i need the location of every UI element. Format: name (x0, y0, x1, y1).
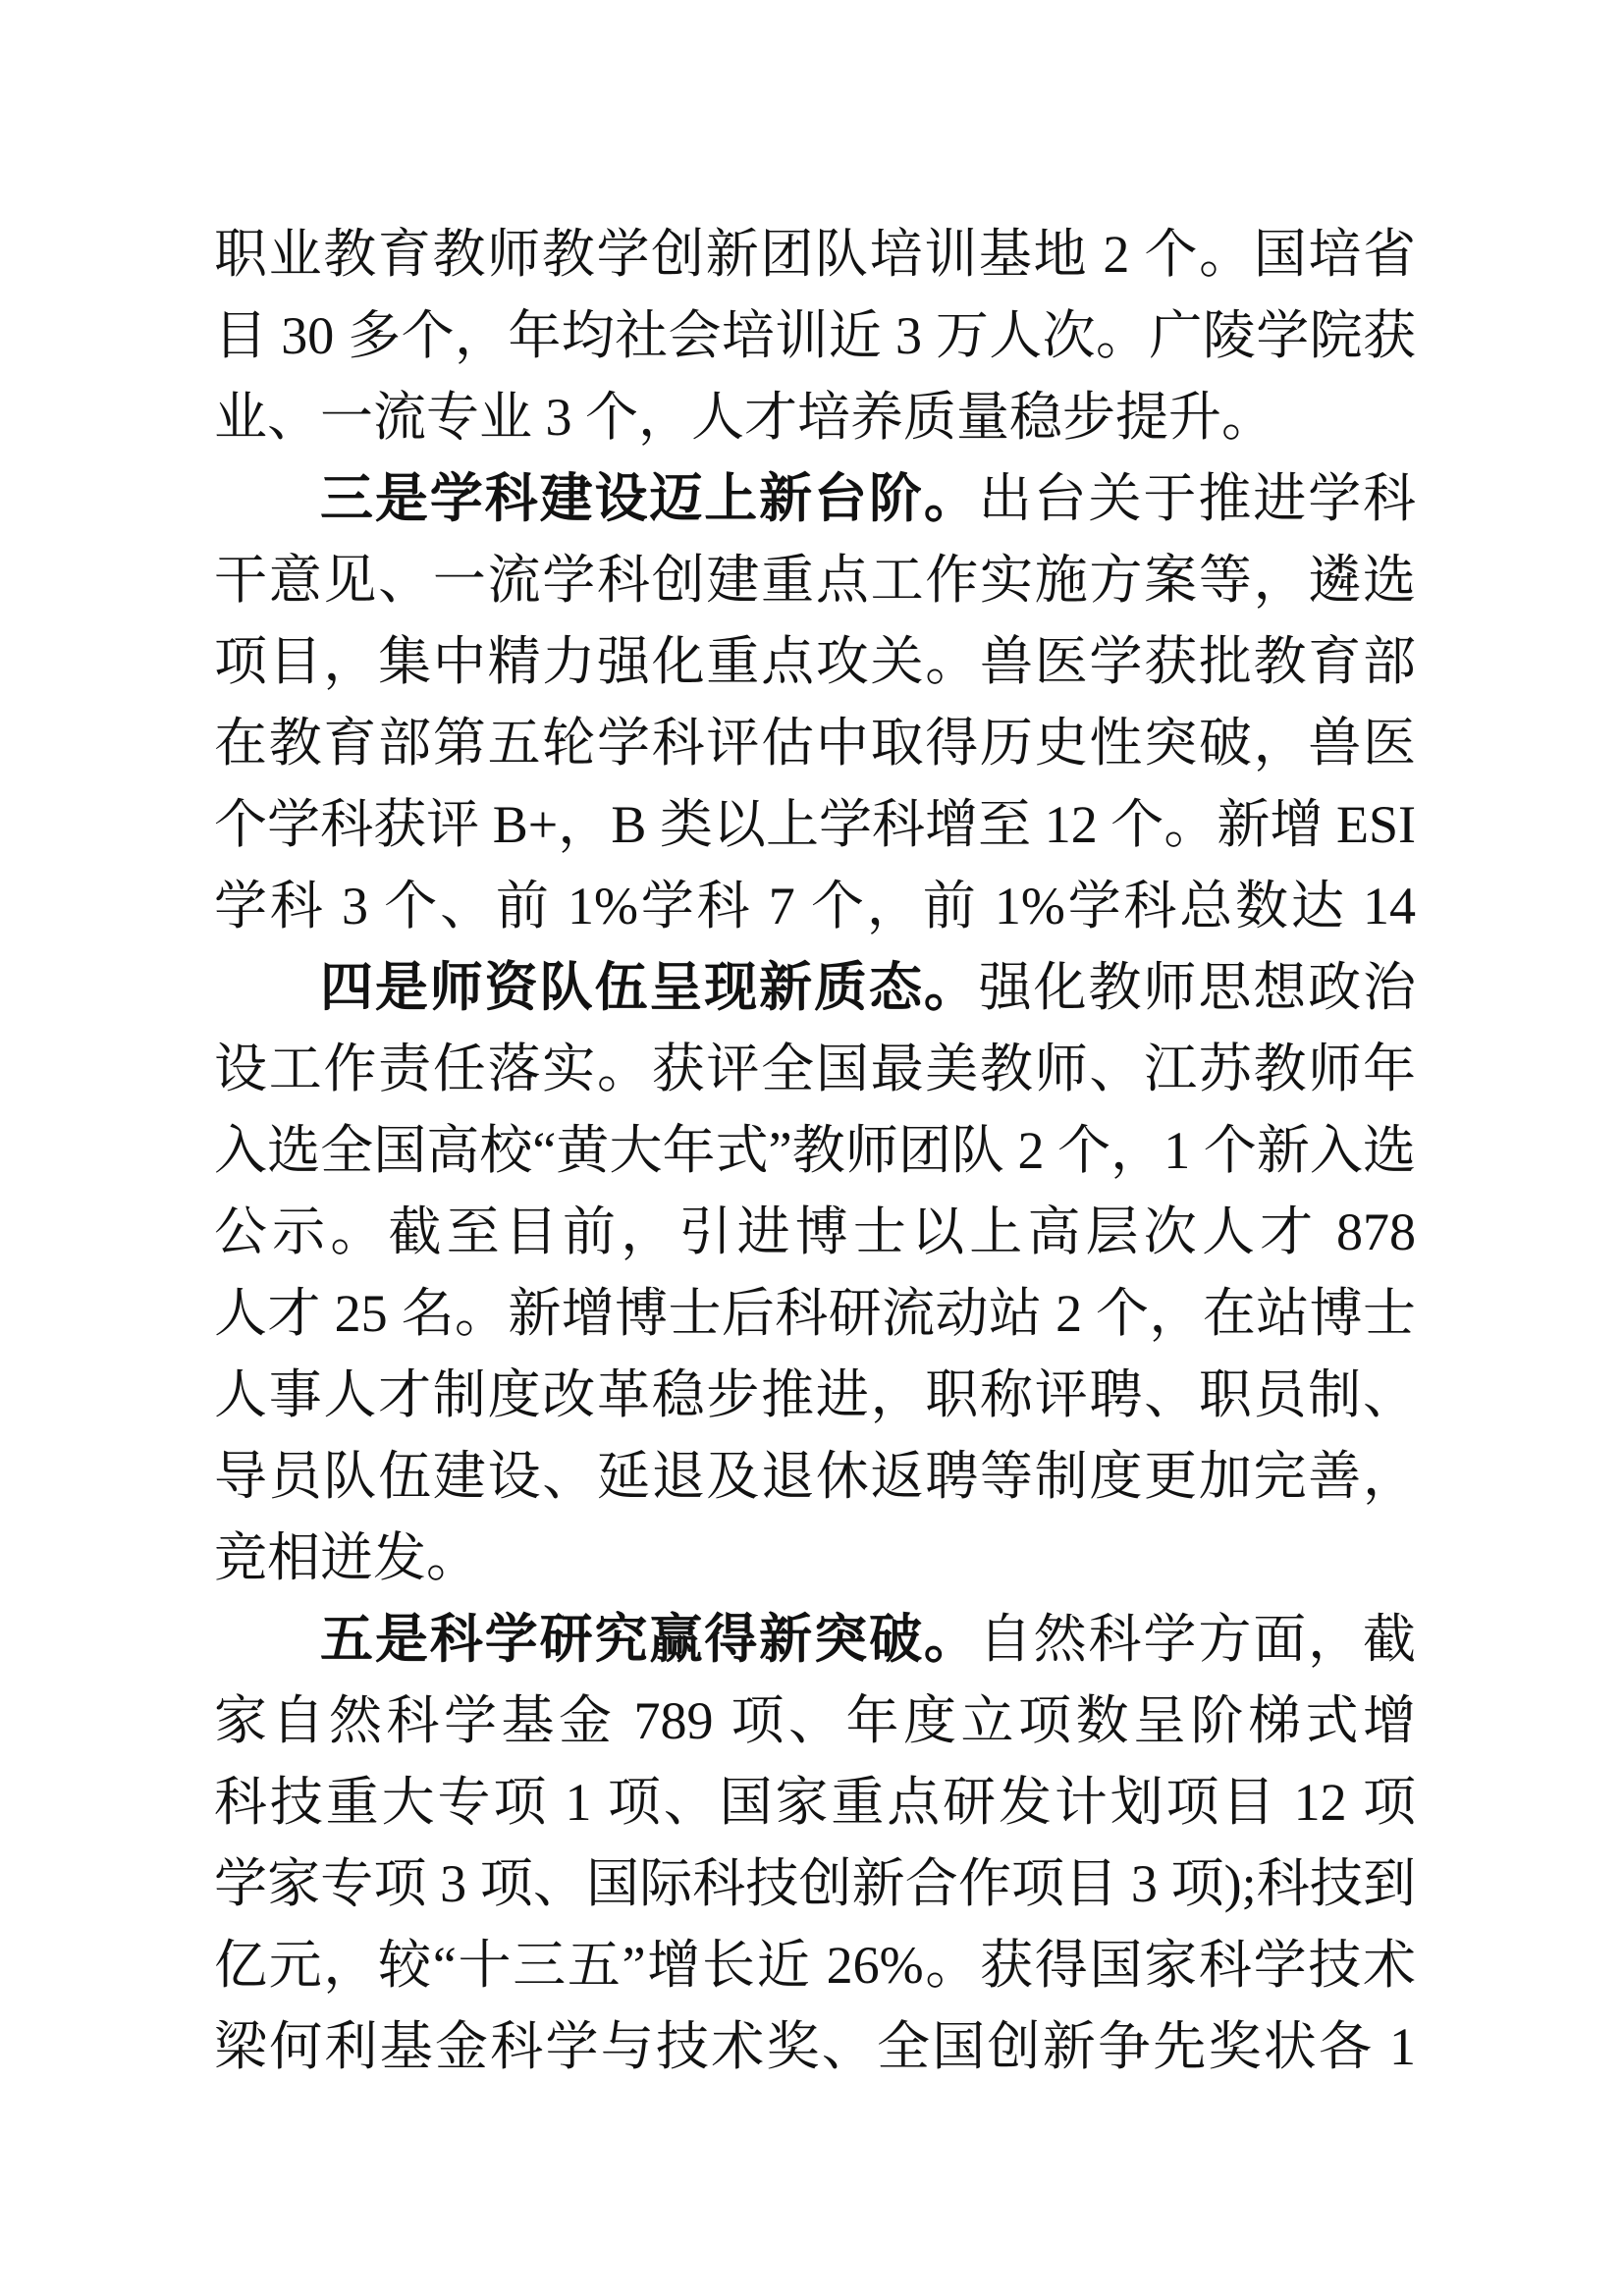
body-run: 家自然科学基金 789 项、年度立项数呈阶梯式增长；新增国家 (214, 1691, 1416, 1762)
body-run: 职业教育教师教学创新团队培训基地 2 个。国培省培年均中标项 (214, 225, 1416, 295)
text-line: 梁何利基金科学与技术奖、全国创新争先奖状各 1 项，省部级科 (214, 2006, 1416, 2088)
body-run: 科技重大专项 1 项、国家重点研发计划项目 12 项（其中青年科 (214, 1773, 1416, 1843)
text-line: 个学科获评 B+，B 类以上学科增至 12 个。新增 ESI 全球前 1‰ (214, 784, 1416, 866)
text-line: 设工作责任落实。获评全国最美教师、江苏教师年度人物各 1 人。 (214, 1029, 1416, 1110)
text-line: 职业教育教师教学创新团队培训基地 2 个。国培省培年均中标项 (214, 214, 1416, 295)
body-run: 学科 3 个、前 1%学科 7 个，前 1%学科总数达 14 个。 (214, 877, 1416, 947)
body-run: 在教育部第五轮学科评估中取得历史性突破，兽医学获评 A，2 (214, 714, 1416, 784)
text-line: 学家专项 3 项、国际科技创新合作项目 3 项);科技到账经费 20.87 (214, 1843, 1416, 1925)
body-run: 项目，集中精力强化重点攻关。兽医学获批教育部优先发展学科。 (214, 632, 1416, 703)
text-line: 人才 25 名。新增博士后科研流动站 2 个，在站博士后达 670 人。 (214, 1273, 1416, 1355)
text-line: 项目，集中精力强化重点攻关。兽医学获批教育部优先发展学科。 (214, 621, 1416, 703)
document-page: 职业教育教师教学创新团队培训基地 2 个。国培省培年均中标项 目 30 多个，年… (0, 0, 1624, 2296)
body-run: 学家专项 3 项、国际科技创新合作项目 3 项);科技到账经费 20.87 (214, 1854, 1416, 1925)
paragraph-section-five: 五是科学研究赢得新突破。自然科学方面，截至目前新增国 家自然科学基金 789 项… (214, 1599, 1416, 2088)
document-text-block: 职业教育教师教学创新团队培训基地 2 个。国培省培年均中标项 目 30 多个，年… (214, 214, 1416, 2088)
body-run: 梁何利基金科学与技术奖、全国创新争先奖状各 1 项，省部级科 (214, 2017, 1416, 2088)
body-run: 人事人才制度改革稳步推进，职称评聘、职员制、绩效考核、辅 (214, 1365, 1416, 1436)
paragraph-section-four: 四是师资队伍呈现新质态。强化教师思想政治和师德师风建 设工作责任落实。获评全国最… (214, 947, 1416, 1599)
text-line: 五是科学研究赢得新突破。自然科学方面，截至目前新增国 (214, 1599, 1416, 1681)
body-run: 竞相迸发。 (214, 1528, 479, 1587)
text-line: 科技重大专项 1 项、国家重点研发计划项目 12 项（其中青年科 (214, 1762, 1416, 1843)
section-heading-run: 四是师资队伍呈现新质态。 (320, 958, 979, 1017)
text-line: 业、一流专业 3 个，人才培养质量稳步提升。 (214, 377, 1416, 458)
body-run: 目 30 多个，年均社会培训近 3 万人次。广陵学院获批省品牌专 (214, 306, 1416, 377)
text-line: 家自然科学基金 789 项、年度立项数呈阶梯式增长；新增国家 (214, 1681, 1416, 1762)
section-heading-run: 五是科学研究赢得新突破。 (320, 1610, 979, 1669)
text-line: 亿元，较“十三五”增长近 26%。获得国家科学技术奖二等奖、何 (214, 1925, 1416, 2006)
text-line: 公示。截至目前，引进博士以上高层次人才 878 人，新增国家级 (214, 1192, 1416, 1273)
body-run: 个学科获评 B+，B 类以上学科增至 12 个。新增 ESI 全球前 1‰ (214, 795, 1416, 866)
text-line: 学科 3 个、前 1%学科 7 个，前 1%学科总数达 14 个。 (214, 866, 1416, 947)
text-line: 三是学科建设迈上新台阶。出台关于推进学科高质量发展若 (214, 458, 1416, 540)
body-run: 业、一流专业 3 个，人才培养质量稳步提升。 (214, 388, 1274, 447)
text-line: 导员队伍建设、延退及退休返聘等制度更加完善，各类人才活力 (214, 1436, 1416, 1518)
text-line: 干意见、一流学科创建重点工作实施方案等，遴选实施揭榜挂帅 (214, 540, 1416, 621)
body-run: 设工作责任落实。获评全国最美教师、江苏教师年度人物各 1 人。 (214, 1040, 1416, 1110)
text-line: 四是师资队伍呈现新质态。强化教师思想政治和师德师风建 (214, 947, 1416, 1029)
text-line: 人事人才制度改革稳步推进，职称评聘、职员制、绩效考核、辅 (214, 1355, 1416, 1436)
body-run: 人才 25 名。新增博士后科研流动站 2 个，在站博士后达 670 人。 (214, 1284, 1416, 1355)
text-line: 竞相迸发。 (214, 1518, 1416, 1599)
paragraph-continuation: 职业教育教师教学创新团队培训基地 2 个。国培省培年均中标项 目 30 多个，年… (214, 214, 1416, 458)
body-run: 入选全国高校“黄大年式”教师团队 2 个，1 个新入选的团队正在 (214, 1121, 1416, 1192)
paragraph-section-three: 三是学科建设迈上新台阶。出台关于推进学科高质量发展若 干意见、一流学科创建重点工… (214, 458, 1416, 947)
text-line: 目 30 多个，年均社会培训近 3 万人次。广陵学院获批省品牌专 (214, 295, 1416, 377)
body-run: 导员队伍建设、延退及退休返聘等制度更加完善，各类人才活力 (214, 1447, 1416, 1518)
text-line: 在教育部第五轮学科评估中取得历史性突破，兽医学获评 A，2 (214, 703, 1416, 784)
body-run: 亿元，较“十三五”增长近 26%。获得国家科学技术奖二等奖、何 (214, 1936, 1416, 2006)
body-run: 干意见、一流学科创建重点工作实施方案等，遴选实施揭榜挂帅 (214, 551, 1416, 621)
text-line: 入选全国高校“黄大年式”教师团队 2 个，1 个新入选的团队正在 (214, 1110, 1416, 1192)
section-heading-run: 三是学科建设迈上新台阶。 (320, 469, 979, 528)
body-run: 公示。截至目前，引进博士以上高层次人才 878 人，新增国家级 (214, 1202, 1416, 1273)
